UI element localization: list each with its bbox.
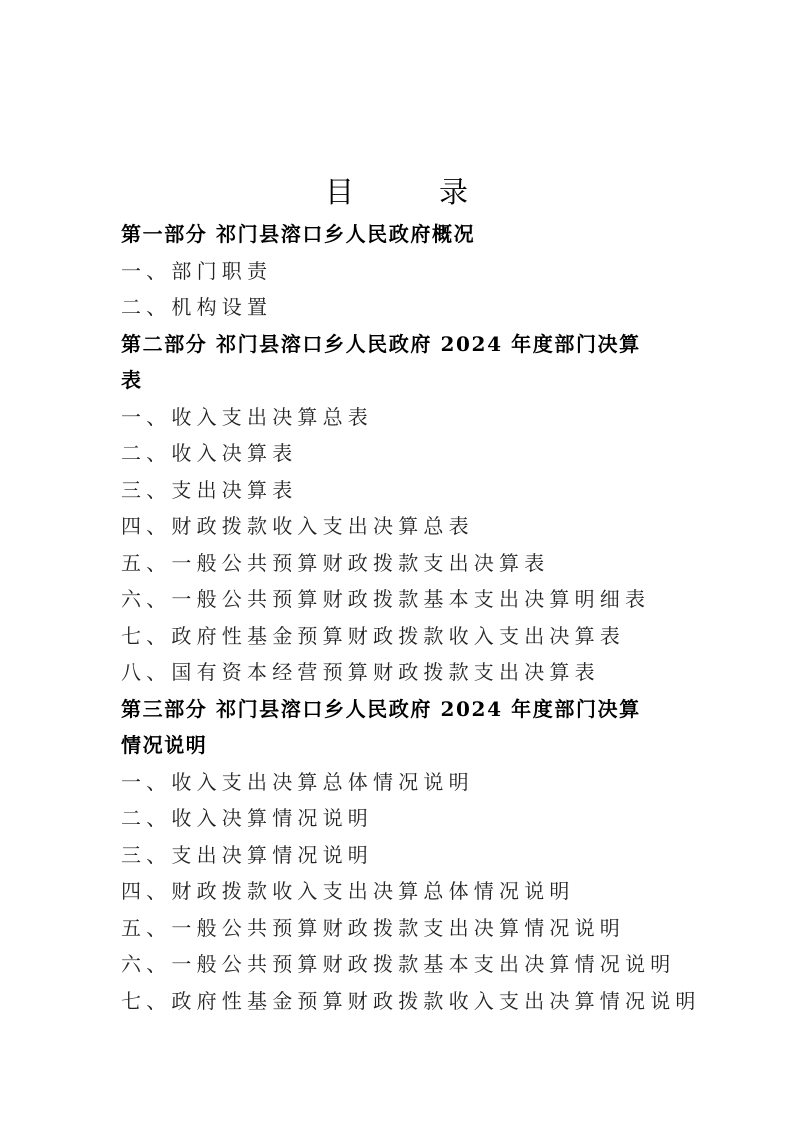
toc-item-table-7: 七、政府性基金预算财政拨款收入支出决算表 xyxy=(121,618,681,655)
toc-item-table-8: 八、国有资本经营预算财政拨款支出决算表 xyxy=(121,654,681,691)
toc-item-explanation-4: 四、财政拨款收入支出决算总体情况说明 xyxy=(121,873,681,910)
toc-item-explanation-1: 一、收入支出决算总体情况说明 xyxy=(121,764,681,801)
toc-item-table-1: 一、收入支出决算总表 xyxy=(121,399,681,436)
toc-part-2-heading-cont: 表 xyxy=(121,362,681,399)
toc-item-table-3: 三、支出决算表 xyxy=(121,472,681,509)
toc-item-explanation-2: 二、收入决算情况说明 xyxy=(121,800,681,837)
toc-item-explanation-5: 五、一般公共预算财政拨款支出决算情况说明 xyxy=(121,910,681,947)
document-page: 目 录 第一部分 祁门县溶口乡人民政府概况 一、部门职责 二、机构设置 第二部分… xyxy=(0,0,793,1122)
toc-item-table-5: 五、一般公共预算财政拨款支出决算表 xyxy=(121,545,681,582)
toc-item-explanation-3: 三、支出决算情况说明 xyxy=(121,837,681,874)
toc-part-3-heading-cont: 情况说明 xyxy=(121,727,681,764)
toc-part-3-heading: 第三部分 祁门县溶口乡人民政府 2024 年度部门决算 xyxy=(121,691,681,728)
toc-item-explanation-7: 七、政府性基金预算财政拨款收入支出决算情况说明 xyxy=(121,983,681,1020)
toc-title: 目 录 xyxy=(0,172,793,212)
toc-item-explanation-6: 六、一般公共预算财政拨款基本支出决算情况说明 xyxy=(121,946,681,983)
toc-item-table-2: 二、收入决算表 xyxy=(121,435,681,472)
toc-item-organization-setup: 二、机构设置 xyxy=(121,289,681,326)
table-of-contents: 第一部分 祁门县溶口乡人民政府概况 一、部门职责 二、机构设置 第二部分 祁门县… xyxy=(121,216,681,1019)
toc-item-department-duties: 一、部门职责 xyxy=(121,253,681,290)
toc-item-table-4: 四、财政拨款收入支出决算总表 xyxy=(121,508,681,545)
toc-part-2-heading: 第二部分 祁门县溶口乡人民政府 2024 年度部门决算 xyxy=(121,326,681,363)
toc-part-1-heading: 第一部分 祁门县溶口乡人民政府概况 xyxy=(121,216,681,253)
toc-item-table-6: 六、一般公共预算财政拨款基本支出决算明细表 xyxy=(121,581,681,618)
